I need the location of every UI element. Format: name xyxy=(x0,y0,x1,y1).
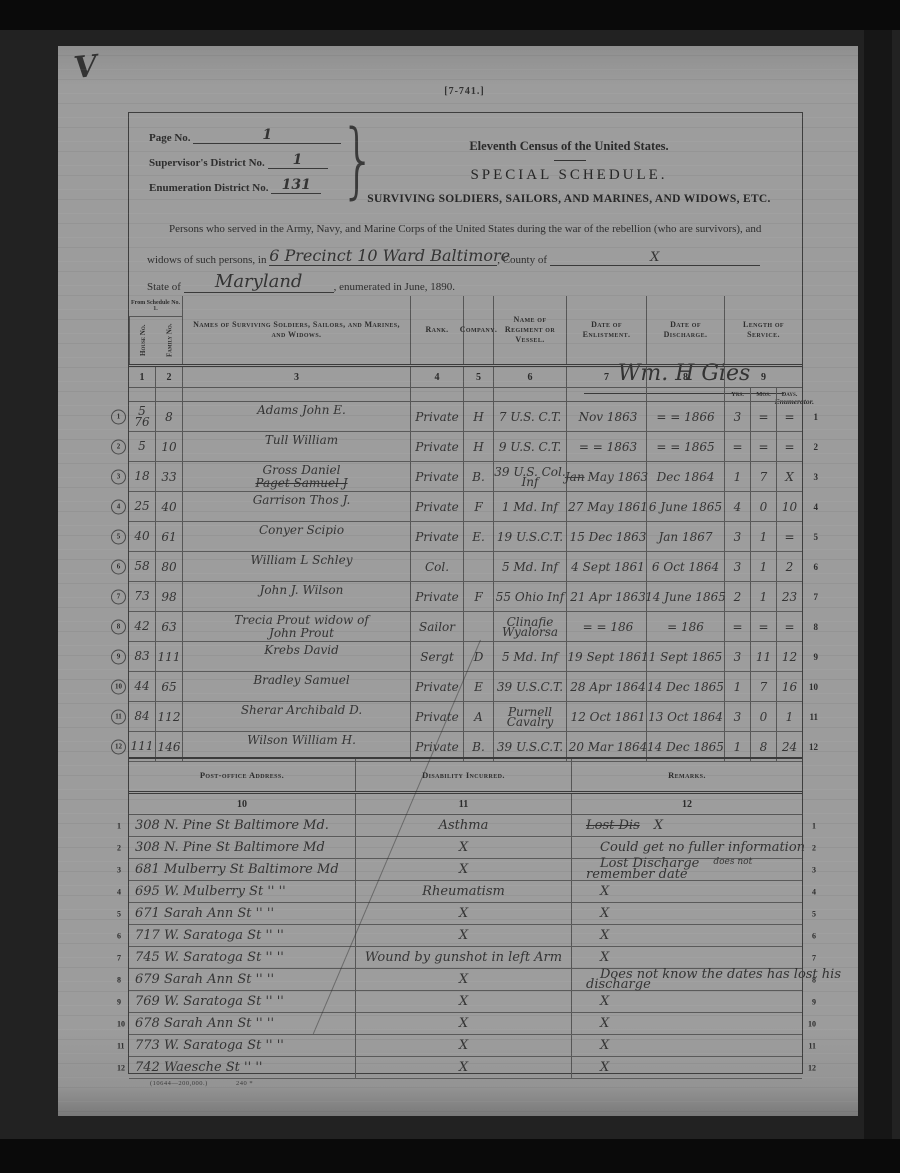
family-no-cell: 65 xyxy=(156,672,183,701)
house-no-value: 25 xyxy=(134,501,149,512)
enumerated-label: , enumerated in June, 1890. xyxy=(334,281,455,293)
state-label: State of xyxy=(147,281,181,293)
length-header: Length of Service. xyxy=(725,296,802,364)
house-no-value: 18 xyxy=(134,471,149,482)
company-cell: B. xyxy=(464,462,494,491)
state-value: Maryland xyxy=(215,271,303,292)
family-no-cell: 33 xyxy=(156,462,183,491)
county-label: , County of xyxy=(497,254,547,266)
name-value: Adams John E. xyxy=(257,404,346,417)
name-value: Wilson William H. xyxy=(247,734,356,747)
colnum-2: 2 xyxy=(156,367,183,387)
address-table-header: Post-office Address. Disability Incurred… xyxy=(129,759,802,791)
family-no-cell: 61 xyxy=(156,522,183,551)
name-cell: Bradley Samuel xyxy=(183,672,411,701)
enlistment-date: Nov 1863 xyxy=(579,410,638,424)
address-cell: 681 Mulberry St Baltimore Md xyxy=(129,859,356,880)
row-number-left: 4 xyxy=(111,499,126,514)
service-table-rows: 1 5 76 8 Adams John E. Private xyxy=(129,402,802,762)
days-cell: 23 xyxy=(777,582,802,611)
regiment-value: 39 U.S. Col. Inf xyxy=(494,467,566,487)
name-value: Bradley Samuel xyxy=(253,674,349,687)
remarks-value: Could get no fuller information xyxy=(600,843,805,853)
row-number-left: 12 xyxy=(117,1063,125,1072)
row-number-left: 10 xyxy=(117,1019,125,1028)
days-cell: = xyxy=(777,402,802,431)
company-cell: F xyxy=(464,582,494,611)
row-number-right: 12 xyxy=(809,742,818,752)
remarks-cell: X xyxy=(572,991,802,1012)
enlistment-date: 12 Oct 1861 xyxy=(571,710,646,724)
address-table-row: 9 769 W. Saratoga St '' '' X X xyxy=(129,991,802,1013)
remarks-line: X xyxy=(586,909,623,919)
row-number-left: 2 xyxy=(111,439,126,454)
row-number-left: 11 xyxy=(117,1041,125,1050)
colnum-5: 5 xyxy=(464,367,494,387)
enlistment-date: = = 186 xyxy=(583,620,634,634)
row-number-right: 11 xyxy=(808,1041,816,1050)
enlistment-cell: 12 Oct 1861 xyxy=(567,702,647,731)
name-struck-value: Paget Samuel J xyxy=(255,477,347,490)
colnum-10: 10 xyxy=(129,794,356,814)
service-table-row: 3 18 33 Gross Daniel Paget Samuel J xyxy=(129,462,802,492)
row-number-left: 4 xyxy=(117,887,121,896)
address-table-row: 4 695 W. Mulberry St '' '' Rheumatism X xyxy=(129,881,802,903)
row-number-right: 3 xyxy=(812,865,816,874)
row-number-right: 5 xyxy=(814,532,819,542)
address-cell: 308 N. Pine St Baltimore Md. xyxy=(129,815,356,836)
days-cell: 2 xyxy=(777,552,802,581)
name-cell: Garrison Thos J. xyxy=(183,492,411,521)
remarks-value: X xyxy=(600,1063,609,1073)
months-cell: 11 xyxy=(751,642,777,671)
name-value: Krebs David xyxy=(264,644,339,657)
scan-edge-shadow xyxy=(864,0,892,1173)
regiment-second-line: Cavalry xyxy=(507,717,554,727)
colnum-4: 4 xyxy=(411,367,464,387)
months-cell: 7 xyxy=(751,672,777,701)
enlistment-cell: = = 186 xyxy=(567,612,647,641)
regiment-value: 9 U.S. C.T. xyxy=(499,442,561,452)
discharge-cell: 6 Oct 1864 xyxy=(647,552,725,581)
company-cell: A xyxy=(464,702,494,731)
disability-cell: X xyxy=(356,859,572,880)
name-cell: Trecia Prout widow of John Prout xyxy=(183,612,411,641)
mos-subheader: Mos. xyxy=(751,388,777,401)
remarks-line: Lost Dis X xyxy=(586,821,677,831)
name-value: Conyer Scipio xyxy=(259,524,344,537)
row-number-right: 4 xyxy=(814,502,819,512)
page-no-label: Page No. xyxy=(149,132,191,144)
schedule-note: From Schedule No. 1. xyxy=(129,296,182,317)
service-table-row: 9 83 111 Krebs David Sergt xyxy=(129,642,802,672)
years-cell: = xyxy=(725,612,751,641)
house-no-cell: 84 xyxy=(129,702,156,731)
name-cell: Sherar Archibald D. xyxy=(183,702,411,731)
rank-cell: Private xyxy=(411,432,464,461)
row-number-right: 5 xyxy=(812,909,816,918)
years-cell: 2 xyxy=(725,582,751,611)
months-cell: = xyxy=(751,432,777,461)
print-code: (10644—200,000.) xyxy=(150,1080,208,1087)
company-cell xyxy=(464,612,494,641)
colnum-8: 8 xyxy=(647,367,725,387)
remarks-cell: Does not know the dates has lost his dis… xyxy=(572,969,802,990)
remarks-value: X xyxy=(600,997,609,1007)
family-no-cell: 98 xyxy=(156,582,183,611)
disability-cell: X xyxy=(356,1057,572,1078)
enumeration-district-line: Enumeration District No. 131 xyxy=(149,177,321,194)
remarks-line: X xyxy=(586,1019,623,1029)
remarks-value: X xyxy=(600,1019,609,1029)
months-cell: 1 xyxy=(751,522,777,551)
discharge-cell: Jan 1867 xyxy=(647,522,725,551)
regiment-value: 19 U.S.C.T. xyxy=(497,532,563,542)
service-table: From Schedule No. 1. House No. Family No… xyxy=(129,296,802,762)
house-no-value: 5 xyxy=(138,441,146,452)
regiment-cell: Clinafie Wyalorsa xyxy=(494,612,567,641)
remarks-cell: X xyxy=(572,947,802,968)
company-cell: F xyxy=(464,492,494,521)
service-table-row: 2 5 10 Tull William Private xyxy=(129,432,802,462)
regiment-value: 39 U.S.C.T. xyxy=(497,682,563,692)
service-table-row: 6 58 80 William L Schley Col. xyxy=(129,552,802,582)
remarks-second-line: remember date xyxy=(586,870,688,880)
remarks-cell: X xyxy=(572,1035,802,1056)
supervisor-district-blank: 1 xyxy=(268,152,328,169)
row-number-left: 1 xyxy=(111,409,126,424)
regiment-value: 7 U.S. C.T. xyxy=(499,412,561,422)
rank-cell: Private xyxy=(411,522,464,551)
house-no-cell: 58 xyxy=(129,552,156,581)
address-table-row: 3 681 Mulberry St Baltimore Md X Lost Di… xyxy=(129,859,802,881)
disability-header: Disability Incurred. xyxy=(356,759,572,791)
enlistment-date: 28 Apr 1864 xyxy=(570,680,646,694)
remarks-inserted-note: does not xyxy=(713,857,752,867)
enumeration-district-label: Enumeration District No. xyxy=(149,182,268,194)
enlistment-cell: 4 Sept 1861 xyxy=(567,552,647,581)
regiment-header: Name of Regiment or Vessel. xyxy=(494,296,567,364)
row-number-right: 4 xyxy=(812,887,816,896)
house-no-cell: 5 xyxy=(129,432,156,461)
name-second-line: John Prout xyxy=(269,627,334,640)
row-number-right: 3 xyxy=(814,472,819,482)
remarks-cell: X xyxy=(572,925,802,946)
address-cell: 308 N. Pine St Baltimore Md xyxy=(129,837,356,858)
row-number-left: 6 xyxy=(111,559,126,574)
name-value: John J. Wilson xyxy=(260,584,344,597)
house-no-cell: 25 xyxy=(129,492,156,521)
length-subcols: Yrs. Mos. Days. xyxy=(725,388,802,401)
regiment-value: 39 U.S.C.T. xyxy=(497,742,563,752)
family-no-cell: 63 xyxy=(156,612,183,641)
row-number-right: 9 xyxy=(812,997,816,1006)
house-no-cell: 40 xyxy=(129,522,156,551)
column-number-strip: 1 2 3 4 5 6 7 8 9 xyxy=(129,364,802,388)
enlistment-date: 19 Sept 1861 xyxy=(567,650,648,664)
row-number-right: 12 xyxy=(808,1063,816,1072)
family-no-cell: 8 xyxy=(156,402,183,431)
remarks-line: Could get no fuller information xyxy=(586,843,819,853)
regiment-cell: 5 Md. Inf xyxy=(494,642,567,671)
regiment-cell: 39 U.S. Col. Inf xyxy=(494,462,567,491)
name-cell: Krebs David xyxy=(183,642,411,671)
years-cell: 3 xyxy=(725,642,751,671)
rank-cell: Private xyxy=(411,492,464,521)
scan-black-strip-bottom xyxy=(0,1139,900,1173)
rank-cell: Private xyxy=(411,702,464,731)
disability-cell: Wound by gunshot in left Arm xyxy=(356,947,572,968)
enlistment-date: May 1863 xyxy=(588,470,649,484)
name-value: Sherar Archibald D. xyxy=(241,704,362,717)
remarks-cell: X xyxy=(572,1057,802,1078)
colnum-7: 7 xyxy=(567,367,647,387)
remarks-cell: Lost Discharge does not remember date xyxy=(572,859,802,880)
service-table-row: 5 40 61 Conyer Scipio Private xyxy=(129,522,802,552)
address-cell: 679 Sarah Ann St '' '' xyxy=(129,969,356,990)
intro-line2-prefix: widows of such persons, in xyxy=(147,254,266,266)
disability-cell: X xyxy=(356,969,572,990)
county-blank: X xyxy=(550,250,760,266)
row-number-left: 9 xyxy=(117,997,121,1006)
days-cell: 1 xyxy=(777,702,802,731)
row-number-right: 11 xyxy=(809,712,818,722)
disability-cell: Rheumatism xyxy=(356,881,572,902)
discharge-cell: 14 June 1865 xyxy=(647,582,725,611)
address-table-row: 5 671 Sarah Ann St '' '' X X xyxy=(129,903,802,925)
rank-cell: Private xyxy=(411,582,464,611)
regiment-second-line: Wyalorsa xyxy=(502,627,558,637)
row-number-right: 6 xyxy=(814,562,819,572)
intro-line-1: Persons who served in the Army, Navy, an… xyxy=(169,223,761,235)
row-number-left: 8 xyxy=(117,975,121,984)
service-table-row: 7 73 98 John J. Wilson Privat xyxy=(129,582,802,612)
years-cell: = xyxy=(725,432,751,461)
family-no-cell: 112 xyxy=(156,702,183,731)
house-no-cell: 44 xyxy=(129,672,156,701)
enlistment-cell: = = 1863 xyxy=(567,432,647,461)
enlistment-cell: 19 Sept 1861 xyxy=(567,642,647,671)
enlistment-date: 4 Sept 1861 xyxy=(571,560,645,574)
discharge-cell: 14 Dec 1865 xyxy=(647,672,725,701)
months-cell: 0 xyxy=(751,492,777,521)
remarks-cell: X xyxy=(572,903,802,924)
document-paper: V [7-741.] Page No. 1 Supervisor's Distr… xyxy=(58,46,858,1116)
location-blank: 6 Precinct 10 Ward Baltimore xyxy=(269,246,497,266)
address-table-row: 2 308 N. Pine St Baltimore Md X Could ge… xyxy=(129,837,802,859)
remarks-value: X xyxy=(600,953,609,963)
address-cell: 671 Sarah Ann St '' '' xyxy=(129,903,356,924)
regiment-cell: 7 U.S. C.T. xyxy=(494,402,567,431)
colnum-3: 3 xyxy=(183,367,411,387)
enumeration-district-value: 131 xyxy=(282,177,311,193)
address-cell: 717 W. Saratoga St '' '' xyxy=(129,925,356,946)
row-number-left: 7 xyxy=(111,589,126,604)
enumeration-district-blank: 131 xyxy=(271,177,321,194)
row-number-left: 3 xyxy=(111,469,126,484)
years-cell: 1 xyxy=(725,672,751,701)
schedule-subtitle: SURVIVING SOLDIERS, SAILORS, AND MARINES… xyxy=(329,193,809,205)
supervisor-district-label: Supervisor's District No. xyxy=(149,157,265,169)
row-number-left: 9 xyxy=(111,649,126,664)
remarks-header: Remarks. xyxy=(572,759,802,791)
remarks-struck: Lost Dis xyxy=(586,821,640,831)
address-table-row: 10 678 Sarah Ann St '' '' X X xyxy=(129,1013,802,1035)
house-no-header: House No. xyxy=(129,317,156,364)
years-cell: 3 xyxy=(725,522,751,551)
disability-cell: X xyxy=(356,925,572,946)
enlistment-cell: Jan May 1863 xyxy=(567,462,647,491)
regiment-value: 5 Md. Inf xyxy=(502,652,558,662)
intro-line-3: State of Maryland, enumerated in June, 1… xyxy=(147,271,455,293)
row-number-right: 2 xyxy=(812,843,816,852)
disability-cell: Asthma xyxy=(356,815,572,836)
address-table-number-strip: 10 11 12 xyxy=(129,791,802,815)
years-cell: 1 xyxy=(725,462,751,491)
address-table-rows: 1 308 N. Pine St Baltimore Md. Asthma Lo… xyxy=(129,815,802,1079)
remarks-line: X xyxy=(586,931,623,941)
page-no-value: 1 xyxy=(262,127,272,143)
service-table-row: 11 84 112 Sherar Archibald D. xyxy=(129,702,802,732)
disability-cell: X xyxy=(356,1035,572,1056)
address-cell: 745 W. Saratoga St '' '' xyxy=(129,947,356,968)
enlistment-cell: 28 Apr 1864 xyxy=(567,672,647,701)
yrs-subheader: Yrs. xyxy=(725,388,751,401)
days-cell: X xyxy=(777,462,802,491)
print-run-footer: (10644—200,000.) 240 * xyxy=(150,1080,279,1087)
row-number-left: 6 xyxy=(117,931,121,940)
service-table-row: 1 5 76 8 Adams John E. Private xyxy=(129,402,802,432)
house-no-value: 58 xyxy=(134,561,149,572)
enlistment-header: Date of Enlistment. xyxy=(567,296,647,364)
address-cell: 678 Sarah Ann St '' '' xyxy=(129,1013,356,1034)
house-no-cell: 83 xyxy=(129,642,156,671)
remarks-value: X xyxy=(600,931,609,941)
state-blank: Maryland xyxy=(184,271,334,293)
service-table-header: From Schedule No. 1. House No. Family No… xyxy=(129,296,802,364)
regiment-cell: Purnell Cavalry xyxy=(494,702,567,731)
company-cell: E xyxy=(464,672,494,701)
house-no-value: 73 xyxy=(134,591,149,602)
discharge-header: Date of Discharge. xyxy=(647,296,725,364)
address-cell: 773 W. Saratoga St '' '' xyxy=(129,1035,356,1056)
house-no-prev-value: 76 xyxy=(134,417,149,428)
house-no-cell: 73 xyxy=(129,582,156,611)
regiment-cell: 55 Ohio Inf xyxy=(494,582,567,611)
address-cell: 695 W. Mulberry St '' '' xyxy=(129,881,356,902)
remarks-value: X xyxy=(600,909,609,919)
location-value: 6 Precinct 10 Ward Baltimore xyxy=(269,246,510,265)
name-value: Tull William xyxy=(265,434,338,447)
enlistment-cell: Nov 1863 xyxy=(567,402,647,431)
service-table-row: 4 25 40 Garrison Thos J. Priv xyxy=(129,492,802,522)
days-cell: 10 xyxy=(777,492,802,521)
row-number-left: 8 xyxy=(111,619,126,634)
rank-cell: Private xyxy=(411,402,464,431)
row-number-right: 8 xyxy=(814,622,819,632)
county-value: X xyxy=(650,250,659,265)
scan-black-strip-top xyxy=(0,0,900,30)
remarks-cell: Lost Dis X xyxy=(572,815,802,836)
months-cell: 7 xyxy=(751,462,777,491)
row-number-right: 2 xyxy=(814,442,819,452)
name-value: William L Schley xyxy=(251,554,353,567)
discharge-cell: = = 1866 xyxy=(647,402,725,431)
house-no-cell: 18 xyxy=(129,462,156,491)
family-no-cell: 40 xyxy=(156,492,183,521)
colnum-6: 6 xyxy=(494,367,567,387)
days-cell: = xyxy=(777,612,802,641)
discharge-cell: = = 1865 xyxy=(647,432,725,461)
rank-cell: Col. xyxy=(411,552,464,581)
row-number-right: 6 xyxy=(812,931,816,940)
page-no-line: Page No. 1 xyxy=(149,127,341,144)
enlistment-struck: Jan xyxy=(565,470,585,484)
rank-cell: Private xyxy=(411,462,464,491)
remarks-value: X xyxy=(600,887,609,897)
address-table-row: 8 679 Sarah Ann St '' '' X Does not know… xyxy=(129,969,802,991)
company-cell: H xyxy=(464,432,494,461)
name-cell: William L Schley xyxy=(183,552,411,581)
address-table-row: 11 773 W. Saratoga St '' '' X X xyxy=(129,1035,802,1057)
name-cell: Conyer Scipio xyxy=(183,522,411,551)
family-no-header: Family No. xyxy=(156,317,183,364)
years-cell: 3 xyxy=(725,402,751,431)
colnum-1: 1 xyxy=(129,367,156,387)
enlistment-date: 20 Mar 1864 xyxy=(569,740,648,754)
house-no-cell: 5 76 xyxy=(129,402,156,431)
years-cell: 4 xyxy=(725,492,751,521)
scanned-census-page: V [7-741.] Page No. 1 Supervisor's Distr… xyxy=(0,0,900,1173)
months-cell: 0 xyxy=(751,702,777,731)
months-cell: = xyxy=(751,402,777,431)
years-cell: 3 xyxy=(725,702,751,731)
remarks-line: X xyxy=(586,1063,623,1073)
census-title: Eleventh Census of the United States. xyxy=(379,139,759,154)
address-cell: 742 Waesche St '' '' xyxy=(129,1057,356,1078)
house-no-value: 40 xyxy=(134,531,149,542)
disability-cell: X xyxy=(356,1013,572,1034)
house-no-value: 111 xyxy=(131,741,154,752)
discharge-cell: 13 Oct 1864 xyxy=(647,702,725,731)
enlistment-date: = = 1863 xyxy=(579,440,637,454)
row-number-left: 5 xyxy=(117,909,121,918)
disability-cell: X xyxy=(356,991,572,1012)
company-cell xyxy=(464,552,494,581)
row-number-right: 7 xyxy=(812,953,816,962)
row-number-right: 9 xyxy=(814,652,819,662)
days-subheader: Days. xyxy=(777,388,802,401)
page-no-blank: 1 xyxy=(193,127,341,144)
regiment-value: 5 Md. Inf xyxy=(502,562,558,572)
months-cell: 1 xyxy=(751,582,777,611)
family-no-cell: 80 xyxy=(156,552,183,581)
row-number-left: 7 xyxy=(117,953,121,962)
house-family-labels: House No. Family No. xyxy=(129,317,182,364)
row-number-right: 8 xyxy=(812,975,816,984)
schedule-title: SPECIAL SCHEDULE. xyxy=(379,167,759,184)
address-cell: 769 W. Saratoga St '' '' xyxy=(129,991,356,1012)
house-no-value: 44 xyxy=(134,681,149,692)
supervisor-district-value: 1 xyxy=(293,152,303,168)
row-number-right: 7 xyxy=(814,592,819,602)
regiment-value: 1 Md. Inf xyxy=(502,502,558,512)
remarks-cell: X xyxy=(572,1013,802,1034)
row-number-left: 2 xyxy=(117,843,121,852)
rank-cell: Sergt xyxy=(411,642,464,671)
address-table: Post-office Address. Disability Incurred… xyxy=(129,757,802,1079)
house-no-value: 83 xyxy=(134,651,149,662)
